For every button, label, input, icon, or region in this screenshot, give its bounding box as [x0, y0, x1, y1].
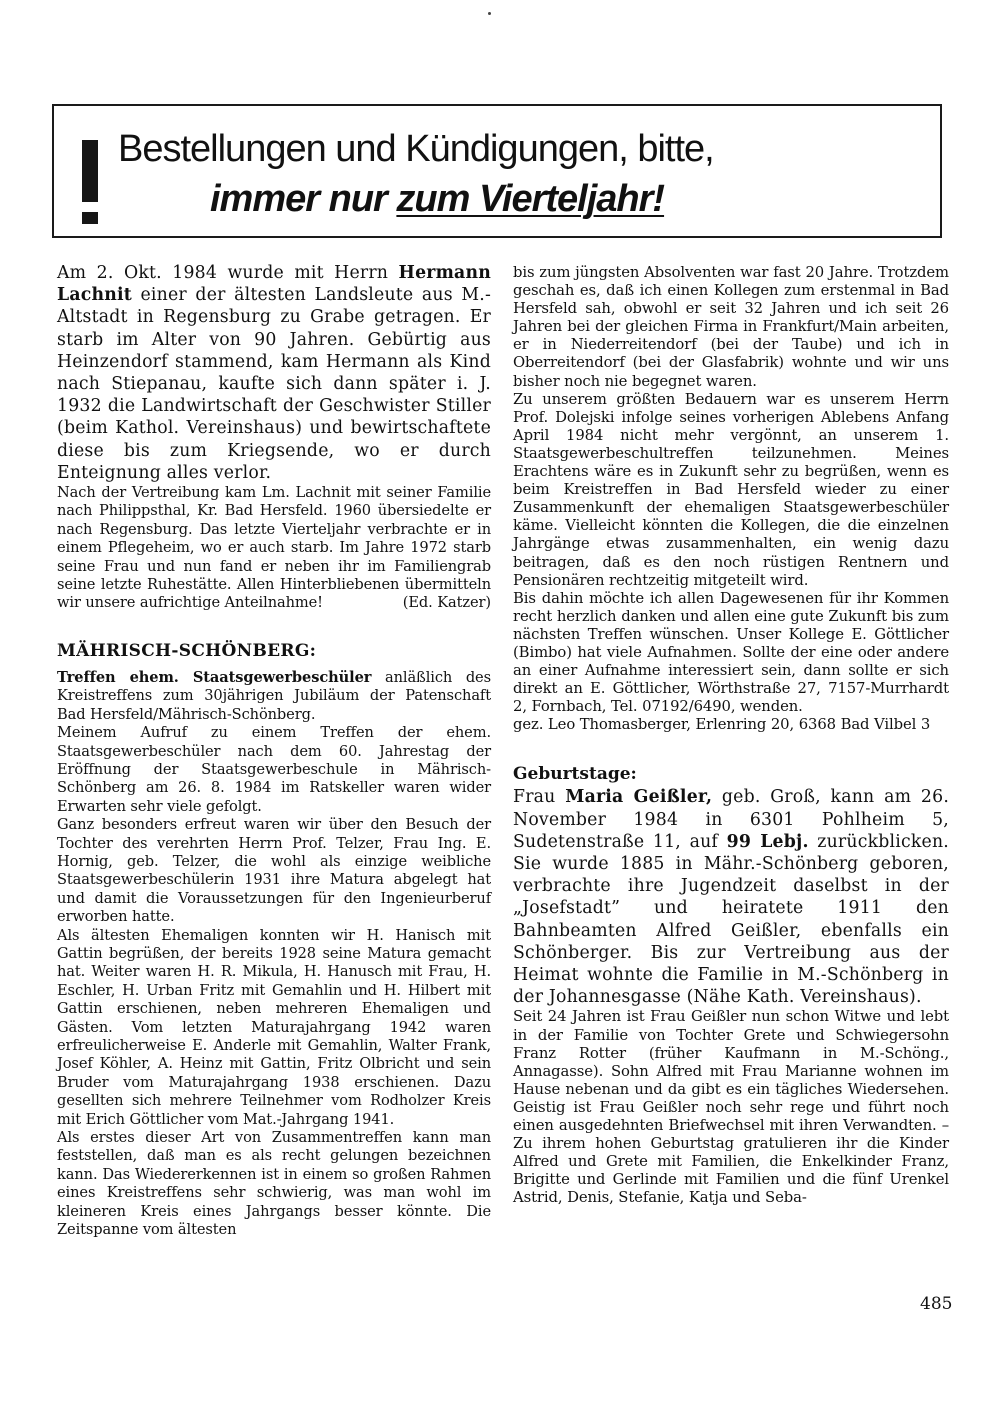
reunion-paragraph-4: Als erstes dieser Art von Zusammentreffe…	[57, 1129, 491, 1239]
obituary-signature: (Ed. Katzer)	[403, 594, 491, 612]
birthday-person-name: Maria Geißler,	[565, 787, 712, 807]
reunion-title: Treffen ehem. Staatsgewerbeschüler	[57, 669, 371, 686]
obituary-lead: Am 2. Okt. 1984 wurde mit Herrn Hermann …	[57, 262, 491, 484]
reunion-cont-paragraph-1: bis zum jüngsten Absolventen war fast 20…	[513, 264, 949, 391]
birthdays-heading: Geburtstage:	[513, 764, 949, 784]
reunion-signature: gez. Leo Thomasberger, Erlenring 20, 636…	[513, 716, 949, 734]
birthday-lead-start: Frau	[513, 787, 565, 807]
exclamation-icon	[82, 140, 98, 202]
page-number: 485	[920, 1294, 952, 1314]
birthday-lead: Frau Maria Geißler, geb. Groß, kann am 2…	[513, 786, 949, 1008]
obituary-body-text: Nach der Vertreibung kam Lm. Lachnit mit…	[57, 484, 491, 611]
notice-line-2-underlined: zum Vierteljahr!	[396, 178, 664, 220]
reunion-cont-paragraph-3: Bis dahin möchte ich allen Dagewesenen f…	[513, 590, 949, 717]
birthday-lead-end: zurückblicken. Sie wurde 1885 in Mähr.-S…	[513, 832, 949, 1007]
notice-line-1: Bestellungen und Kündigungen, bitte,	[118, 128, 714, 171]
reunion-title-paragraph: Treffen ehem. Staatsgewerbeschüler anläß…	[57, 669, 491, 724]
print-speck	[488, 12, 491, 15]
obituary-body: Nach der Vertreibung kam Lm. Lachnit mit…	[57, 484, 491, 613]
reunion-paragraph-2: Ganz besonders erfreut waren wir über de…	[57, 816, 491, 926]
section-heading: MÄHRISCH-SCHÖNBERG:	[57, 641, 491, 661]
reunion-paragraph-3: Als ältesten Ehemaligen konnten wir H. H…	[57, 927, 491, 1129]
left-column: Am 2. Okt. 1984 wurde mit Herrn Hermann …	[57, 262, 491, 1239]
notice-line-2: immer nur zum Vierteljahr!	[210, 178, 664, 221]
birthday-age: 99 Lebj.	[727, 832, 809, 852]
right-column: bis zum jüngsten Absolventen war fast 20…	[513, 264, 949, 1208]
reunion-cont-paragraph-2: Zu unserem größten Bedauern war es unser…	[513, 391, 949, 590]
birthday-body: Seit 24 Jahren ist Frau Geißler nun scho…	[513, 1008, 949, 1207]
reunion-paragraph-1: Meinem Aufruf zu einem Treffen der ehem.…	[57, 724, 491, 816]
obituary-intro: Am 2. Okt. 1984 wurde mit Herrn	[57, 263, 399, 283]
notice-line-2-prefix: immer nur	[210, 178, 396, 220]
subscription-notice-box: Bestellungen und Kündigungen, bitte, imm…	[52, 104, 942, 238]
obituary-intro-cont: einer der ältesten Landsleute aus M.-Alt…	[57, 285, 491, 483]
